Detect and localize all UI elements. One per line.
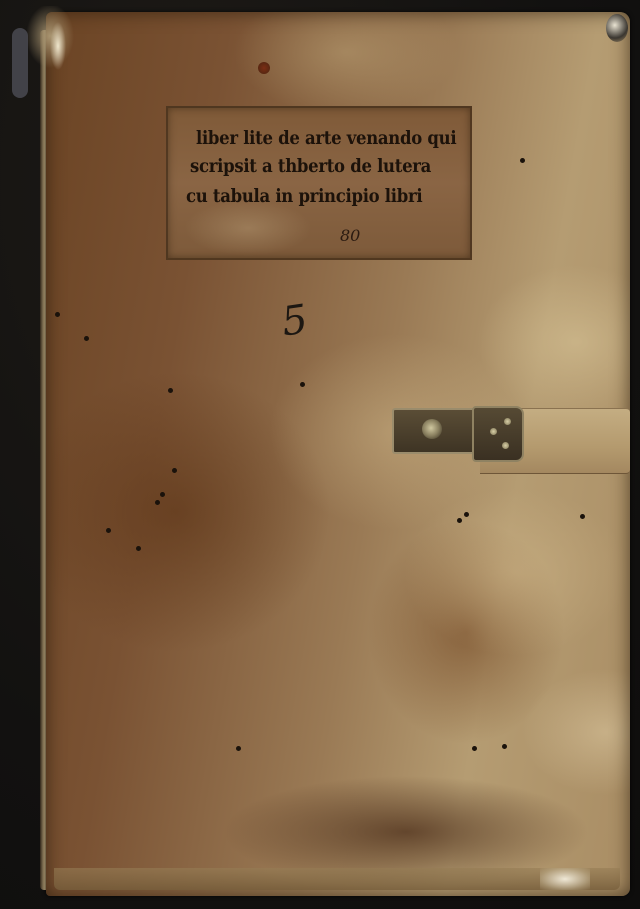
spine-tab xyxy=(12,28,28,98)
clasp-plate xyxy=(392,408,478,454)
wormhole xyxy=(502,744,507,749)
bottom-edge xyxy=(54,868,620,890)
wormhole xyxy=(300,382,305,387)
wormhole xyxy=(236,746,241,751)
bottom-right-corner-wear xyxy=(540,868,590,890)
rivet-icon xyxy=(504,418,511,425)
label-line-2: scripsit a thberto de lutera xyxy=(190,155,460,177)
wormhole xyxy=(155,500,160,505)
title-label: liber lite de arte venando qui scripsit … xyxy=(166,106,472,260)
top-right-corner-wear xyxy=(606,14,628,42)
wormhole xyxy=(168,388,173,393)
clasp-rivet-icon xyxy=(422,419,442,439)
top-stain-mark xyxy=(258,62,270,74)
wormhole xyxy=(84,336,89,341)
rivet-icon xyxy=(490,428,497,435)
wormhole xyxy=(55,312,60,317)
wormhole xyxy=(520,158,525,163)
label-line-3: cu tabula in principio libri xyxy=(186,185,456,207)
wormhole xyxy=(472,746,477,751)
rivet-icon xyxy=(502,442,509,449)
wormhole xyxy=(580,514,585,519)
wormhole xyxy=(160,492,165,497)
wormhole xyxy=(172,468,177,473)
wormhole xyxy=(136,546,141,551)
wormhole xyxy=(106,528,111,533)
wormhole xyxy=(464,512,469,517)
shelfmark-number: 80 xyxy=(340,226,360,245)
label-line-1: liber lite de arte venando qui xyxy=(196,127,466,149)
clasp-hinge xyxy=(472,406,524,462)
wormhole xyxy=(457,518,462,523)
